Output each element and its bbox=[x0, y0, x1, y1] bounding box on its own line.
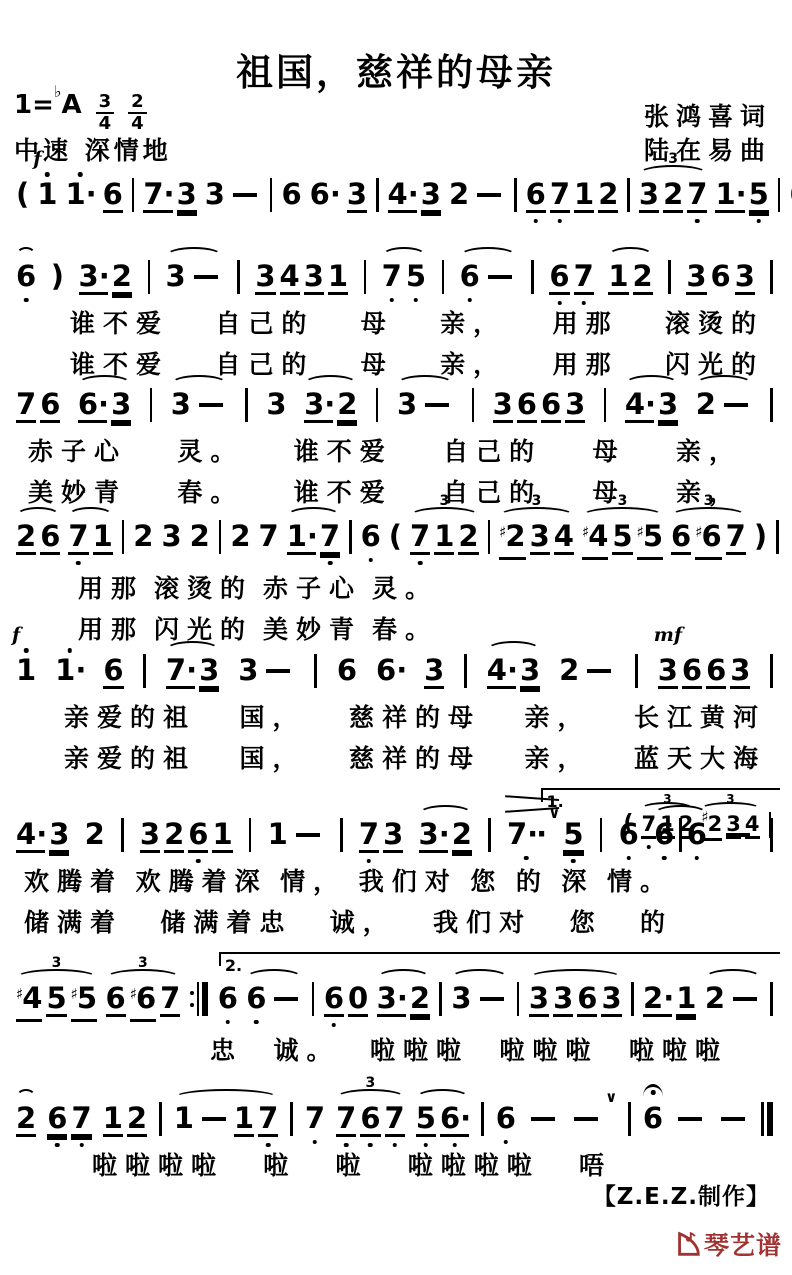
note: 3· bbox=[417, 818, 450, 853]
note-group: 6 bbox=[214, 982, 242, 1014]
note-group: 1· bbox=[61, 178, 98, 210]
note-group: 7·3 bbox=[162, 654, 223, 689]
dash bbox=[266, 669, 290, 673]
note-digit: 6 bbox=[337, 654, 357, 686]
note-digit: 3 bbox=[493, 388, 513, 423]
note-digit: 1 bbox=[434, 520, 454, 555]
dynamic-mark: mf bbox=[654, 624, 682, 646]
note-group: 3363 bbox=[525, 982, 626, 1017]
triplet-number: 3 bbox=[138, 955, 148, 971]
note: ♯6 bbox=[128, 982, 158, 1022]
note: 3 bbox=[47, 818, 71, 853]
note-group: 56· bbox=[412, 1102, 473, 1137]
barline bbox=[770, 388, 773, 422]
note-digit: 1· bbox=[55, 654, 84, 686]
note: 2 bbox=[677, 812, 696, 839]
note: 6 bbox=[216, 982, 240, 1014]
note: 7 bbox=[318, 520, 342, 555]
note-digit: 7 bbox=[385, 1102, 405, 1137]
barline bbox=[778, 178, 781, 212]
note: 6· bbox=[374, 654, 407, 686]
note: 2 bbox=[110, 260, 134, 295]
octave-dot-low bbox=[467, 298, 472, 303]
dash bbox=[721, 1117, 745, 1121]
note-digit: 7· bbox=[143, 178, 172, 213]
barline bbox=[464, 654, 467, 688]
note: 2 bbox=[661, 178, 685, 213]
octave-dot-low bbox=[368, 558, 373, 563]
note: 5 bbox=[404, 260, 428, 292]
note: 7 bbox=[257, 520, 281, 552]
note: 7 bbox=[639, 812, 658, 839]
note: 7 bbox=[69, 1102, 93, 1137]
note-group: f1 bbox=[33, 178, 61, 210]
note: 4· bbox=[14, 818, 47, 853]
octave-dot-low bbox=[571, 859, 576, 864]
note-group bbox=[214, 520, 227, 554]
note-digit: 2 bbox=[458, 520, 478, 555]
triplet-number: 3 bbox=[366, 1075, 376, 1091]
octave-dot-low bbox=[533, 219, 538, 224]
lyric-cluster: 的 bbox=[640, 903, 673, 939]
parenthesis: ( bbox=[387, 520, 404, 552]
note-digit: 1· bbox=[287, 520, 316, 555]
note: 5 bbox=[747, 178, 771, 213]
augmentation-dot: · bbox=[736, 177, 745, 211]
qinyipu-logo: 琴艺谱 bbox=[673, 1226, 782, 1262]
note-group: 2 bbox=[226, 520, 254, 552]
augmentation-dot: · bbox=[396, 653, 405, 687]
note-digit: 7 bbox=[382, 260, 402, 292]
octave-dot-low bbox=[196, 859, 201, 864]
note-digit: 2 bbox=[633, 260, 653, 295]
augmentation-dot: · bbox=[439, 817, 448, 851]
note: 2 bbox=[694, 388, 718, 420]
note: 1 bbox=[14, 654, 38, 686]
augmentation-dot: · bbox=[99, 259, 108, 293]
note-digit: 2 bbox=[127, 1102, 147, 1137]
lyric-cluster: 储满着 bbox=[24, 903, 123, 939]
note-group: 3·2 bbox=[373, 982, 434, 1017]
note-group: 3 bbox=[447, 982, 511, 1014]
note-group: 6· bbox=[306, 178, 343, 210]
note-digit: 3 bbox=[601, 982, 621, 1017]
note: 7 bbox=[685, 178, 709, 213]
note-group: 3 bbox=[157, 520, 185, 552]
barline bbox=[148, 260, 151, 294]
note: 3 bbox=[345, 178, 369, 213]
note-group: 3 bbox=[167, 388, 231, 420]
note-group: 2 bbox=[692, 388, 756, 420]
note-digit: 7 bbox=[305, 1102, 325, 1134]
note-digit: 6 bbox=[218, 982, 238, 1014]
note-digit: 7 bbox=[687, 178, 707, 213]
lyric-cluster: 用那 bbox=[553, 304, 619, 340]
parenthesis: ) bbox=[752, 520, 769, 552]
octave-dot-low bbox=[266, 1143, 271, 1148]
lyric-cluster: 长江黄河 bbox=[634, 698, 766, 734]
note-digit: 3 bbox=[553, 982, 573, 1017]
note-digit: 6 bbox=[106, 982, 126, 1017]
note-group: 3663 bbox=[489, 388, 590, 423]
note-digit: 7· bbox=[166, 654, 195, 689]
note-digit: 6 bbox=[671, 520, 691, 555]
note: 6 bbox=[669, 520, 693, 555]
note: 2 bbox=[631, 260, 655, 295]
octave-dot-low bbox=[254, 1020, 259, 1025]
note: 6 bbox=[641, 1102, 665, 1134]
note-group bbox=[309, 654, 322, 688]
note: 6 bbox=[359, 520, 383, 552]
note-digit: 6 bbox=[682, 654, 702, 689]
note: 3 bbox=[381, 818, 405, 853]
note-group: 363 bbox=[682, 260, 759, 295]
note-digit: 6 bbox=[577, 982, 597, 1017]
note-digit: 6 bbox=[103, 654, 123, 689]
note: 3 bbox=[138, 818, 162, 853]
note: 2 bbox=[408, 982, 432, 1017]
sharp-sign: ♯ bbox=[695, 523, 702, 541]
lyric-cluster: 自己的 bbox=[443, 432, 542, 468]
barline bbox=[121, 818, 124, 852]
note-digit: 3 bbox=[726, 812, 741, 839]
note-group bbox=[371, 388, 384, 422]
barline bbox=[219, 520, 222, 554]
lyric-row: 谁不爱自己的母亲，用那滚烫的 bbox=[70, 304, 764, 340]
dash bbox=[296, 833, 320, 837]
note-group bbox=[265, 178, 278, 212]
note-group bbox=[765, 260, 778, 294]
dash bbox=[574, 1117, 598, 1121]
note-digit: 7 bbox=[320, 520, 340, 555]
note-digit: 7 bbox=[259, 520, 279, 552]
note-digit: ♯2 bbox=[499, 520, 525, 560]
note-group bbox=[359, 260, 372, 294]
note-digit: 7 bbox=[258, 1102, 278, 1137]
note-digit: 6 bbox=[496, 1102, 516, 1134]
note: 1 bbox=[101, 1102, 125, 1137]
dash bbox=[425, 403, 449, 407]
note-digit: 7 bbox=[574, 260, 594, 295]
note-digit: 2 bbox=[449, 178, 469, 210]
barline bbox=[631, 982, 634, 1016]
lyric-cluster: 忠 bbox=[210, 1031, 243, 1067]
note: 1 bbox=[658, 812, 677, 839]
octave-dot-low bbox=[332, 1023, 337, 1028]
note-group bbox=[344, 520, 357, 554]
octave-dot-low bbox=[626, 856, 631, 861]
note-digit: 1 bbox=[16, 654, 36, 686]
note-digit: 3 bbox=[520, 654, 540, 689]
note-digit: 6 bbox=[460, 260, 480, 292]
note-digit: 7 bbox=[160, 982, 180, 1017]
octave-dot-low bbox=[452, 1143, 457, 1148]
note: 6 bbox=[45, 1102, 69, 1137]
note: ♯2 bbox=[497, 520, 527, 560]
note: 2 bbox=[14, 520, 38, 555]
note-group: 3·2 bbox=[75, 260, 136, 295]
note-group bbox=[663, 260, 676, 294]
augmentation-dot: · bbox=[98, 387, 107, 421]
note: 1· bbox=[713, 178, 746, 213]
note: 7 bbox=[303, 1102, 327, 1134]
note: 1 bbox=[210, 818, 234, 853]
lyric-cluster: 慈祥的母 bbox=[349, 739, 481, 775]
note-digit: ♯4 bbox=[16, 982, 42, 1022]
note-group bbox=[630, 654, 643, 688]
dash bbox=[480, 997, 504, 1001]
note-group bbox=[232, 260, 245, 294]
note: 1· bbox=[63, 178, 96, 210]
note: 3 bbox=[527, 982, 551, 1017]
note-digit: 6 bbox=[361, 520, 381, 552]
note-digit: 7 bbox=[16, 388, 36, 423]
music-line: 267121177376756·6∨6 bbox=[12, 1070, 778, 1137]
note-group: 73 bbox=[355, 818, 407, 853]
note: 6 bbox=[539, 388, 563, 423]
note-digit: 3 bbox=[347, 178, 367, 213]
music-system: 267121177376756·6∨6啦啦啦啦啦啦啦啦啦啦唔 bbox=[12, 1070, 778, 1182]
barline bbox=[150, 388, 153, 422]
lyric-cluster: 的 bbox=[516, 862, 549, 898]
sharp-sign: ♯ bbox=[71, 985, 78, 1003]
note-group: 12 bbox=[604, 260, 656, 295]
note-group: 6 bbox=[99, 654, 127, 689]
lyric-cluster: 啦啦啦 bbox=[629, 1031, 728, 1067]
note-group bbox=[773, 178, 786, 212]
note-group bbox=[626, 982, 639, 1016]
note: 7· bbox=[141, 178, 174, 213]
lyric-cluster: 亲， bbox=[524, 739, 590, 775]
note: 1 bbox=[35, 178, 59, 210]
note: 4· bbox=[485, 654, 518, 689]
note-group: 67 bbox=[545, 260, 597, 295]
octave-dot-high bbox=[45, 172, 50, 177]
note: 1 bbox=[172, 1102, 196, 1134]
octave-dot-low bbox=[695, 856, 700, 861]
note-digit: 6 bbox=[16, 260, 36, 292]
octave-dot-low bbox=[581, 301, 586, 306]
barline bbox=[439, 982, 442, 1016]
note-group bbox=[483, 818, 496, 852]
note-digit: 3 bbox=[565, 388, 585, 423]
note-group bbox=[145, 388, 158, 422]
note-digit: 6 bbox=[281, 178, 301, 210]
note-group: ∨ bbox=[566, 1102, 620, 1121]
note-group bbox=[335, 818, 348, 852]
note: 3· bbox=[375, 982, 408, 1017]
note-group: 3712 bbox=[637, 812, 697, 839]
augmentation-dot: · bbox=[86, 177, 95, 211]
lyric-cluster: 唔 bbox=[579, 1146, 612, 1182]
meter-2-numerator: 2 bbox=[128, 92, 147, 114]
note-digit: 5 bbox=[416, 1102, 436, 1137]
note: 2· bbox=[641, 982, 674, 1017]
ending-bracket: 1.(37123♯234 bbox=[541, 788, 780, 841]
note-digit: 2 bbox=[410, 982, 430, 1017]
note-group: 117 bbox=[170, 1102, 283, 1137]
barline bbox=[249, 818, 252, 852]
barline bbox=[122, 520, 125, 554]
octave-dot-low bbox=[79, 1143, 84, 1148]
note-group: 6712 bbox=[522, 178, 623, 213]
note-group bbox=[240, 388, 253, 422]
note-group bbox=[623, 1102, 636, 1136]
note-digit: 7 bbox=[359, 818, 379, 853]
note-group: 3 bbox=[262, 388, 290, 420]
note-digit: 2· bbox=[643, 982, 672, 1017]
note-digit: 2 bbox=[190, 520, 210, 552]
note: 7 bbox=[408, 520, 432, 555]
note-group bbox=[116, 818, 129, 852]
note-group bbox=[756, 1102, 778, 1136]
lyric-cluster: 灵。 bbox=[372, 569, 438, 605]
dash bbox=[477, 193, 501, 197]
note: 1 bbox=[91, 520, 115, 555]
note-digit: 6 bbox=[40, 388, 60, 423]
augmentation-dot: · bbox=[460, 1101, 469, 1135]
barline bbox=[604, 388, 607, 422]
lyric-cluster: 赤子心 bbox=[263, 569, 362, 605]
note: 3 bbox=[637, 178, 661, 213]
note-digit: 5 bbox=[406, 260, 426, 292]
barline bbox=[769, 812, 772, 838]
note: 3 bbox=[419, 178, 443, 213]
note-group bbox=[765, 388, 778, 422]
note: ♯5 bbox=[635, 520, 665, 560]
note-group bbox=[154, 1102, 167, 1136]
barline bbox=[770, 260, 773, 294]
dynamic-mark: f bbox=[12, 624, 20, 646]
octave-dot-low bbox=[368, 1143, 373, 1148]
note-digit: ♯6 bbox=[130, 982, 156, 1022]
note-digit: 1 bbox=[660, 812, 675, 839]
note-digit: 1 bbox=[676, 982, 696, 1017]
note-digit: 6 bbox=[40, 520, 60, 555]
sharp-sign: ♯ bbox=[582, 523, 589, 541]
barline bbox=[668, 260, 671, 294]
note-digit: 6 bbox=[188, 818, 208, 853]
barline bbox=[628, 1102, 631, 1136]
note: 7 bbox=[572, 260, 596, 295]
note-group: 1 bbox=[264, 818, 328, 850]
note: 6 bbox=[787, 178, 792, 210]
barline bbox=[349, 520, 352, 554]
final-barline bbox=[761, 1102, 773, 1136]
triplet-number: 3 bbox=[439, 493, 449, 509]
music-line: 6)3·2334317566712363 bbox=[12, 228, 778, 295]
note-group: 3767 bbox=[332, 1102, 409, 1137]
note-group bbox=[117, 520, 130, 554]
note: 1 bbox=[572, 178, 596, 213]
note-group: 3 bbox=[162, 260, 226, 292]
octave-dot-low bbox=[504, 1140, 509, 1145]
dash bbox=[199, 403, 223, 407]
lyric-cluster: 国， bbox=[239, 739, 305, 775]
note-digit: 1 bbox=[37, 178, 57, 210]
triplet-number: 3 bbox=[618, 493, 628, 509]
note-digit: 2 bbox=[16, 1102, 36, 1137]
barline bbox=[245, 388, 248, 422]
note-digit: 3 bbox=[266, 388, 286, 420]
note-group bbox=[371, 178, 384, 212]
note: 7 bbox=[14, 388, 38, 423]
ending-bracket: 2. bbox=[219, 952, 780, 975]
note: 3 bbox=[728, 654, 752, 689]
lyric-cluster: 情， bbox=[280, 862, 346, 898]
note: 3 bbox=[656, 388, 680, 423]
note-digit: 3 bbox=[658, 388, 678, 423]
note: 7 bbox=[548, 178, 572, 213]
note: 3 bbox=[236, 654, 260, 686]
lyric-cluster: 母 bbox=[361, 304, 394, 340]
note: 3 bbox=[599, 982, 623, 1017]
note-group: ) bbox=[750, 520, 771, 552]
note: ♯6 bbox=[693, 520, 723, 560]
note: 7 bbox=[380, 260, 404, 292]
barline bbox=[442, 260, 445, 294]
note-group: 6 bbox=[12, 260, 40, 292]
lyric-cluster: 蓝天大海 bbox=[634, 739, 766, 775]
octave-dot-low bbox=[557, 301, 562, 306]
lyric-row: 欢腾着欢腾着深情，我们对您的深情。 bbox=[24, 862, 673, 898]
note: 3 bbox=[264, 388, 288, 420]
note: 3 bbox=[197, 654, 221, 689]
note: 6 bbox=[279, 178, 303, 210]
note: 3 bbox=[684, 260, 708, 295]
note-group bbox=[512, 982, 525, 1016]
note: 6 bbox=[494, 1102, 518, 1134]
note-group bbox=[509, 178, 522, 212]
note-group: 36♯67 bbox=[102, 982, 185, 1022]
note: 1 bbox=[326, 260, 350, 295]
octave-dot-high bbox=[78, 172, 83, 177]
note: 7 bbox=[256, 1102, 280, 1137]
lyric-cluster: 啦啦啦啦 bbox=[408, 1146, 540, 1182]
music-line: (f11·67·3366·34·32671233271·56 bbox=[12, 146, 778, 213]
note-group: 2·1 bbox=[639, 982, 700, 1017]
augmentation-dot: · bbox=[75, 653, 84, 687]
note: 6 bbox=[524, 178, 548, 213]
note-digit: 6· bbox=[310, 178, 339, 210]
note: 6 bbox=[38, 520, 62, 555]
note-digit: 3 bbox=[177, 178, 197, 213]
note-digit: 4 bbox=[280, 260, 300, 295]
octave-dot-high bbox=[68, 648, 73, 653]
dash bbox=[233, 193, 257, 197]
note-digit: 2 bbox=[112, 260, 132, 295]
note-group: ( bbox=[619, 812, 637, 836]
note-digit: 0 bbox=[348, 982, 368, 1017]
note: 3 bbox=[551, 982, 575, 1017]
dash bbox=[274, 997, 298, 1001]
dynamic-mark: f bbox=[33, 148, 41, 170]
lyric-cluster: 欢腾着深 bbox=[136, 862, 268, 898]
meter-1-numerator: 3 bbox=[96, 92, 115, 114]
note-group: 7 bbox=[301, 1102, 329, 1134]
octave-dot-low bbox=[390, 298, 395, 303]
note: 5 bbox=[414, 1102, 438, 1137]
note-digit: 2 bbox=[452, 818, 472, 853]
note: 6 bbox=[335, 654, 359, 686]
note-group bbox=[307, 982, 320, 1016]
music-line: 2671232271·76(37123♯2343♯45♯536♯67) bbox=[12, 488, 778, 560]
note-digit: 2 bbox=[679, 812, 694, 839]
lyric-cluster: 滚烫的 bbox=[665, 304, 764, 340]
note-digit: 2 bbox=[696, 388, 716, 420]
note-digit: 3 bbox=[111, 388, 131, 423]
note-group: 6 bbox=[333, 654, 361, 686]
